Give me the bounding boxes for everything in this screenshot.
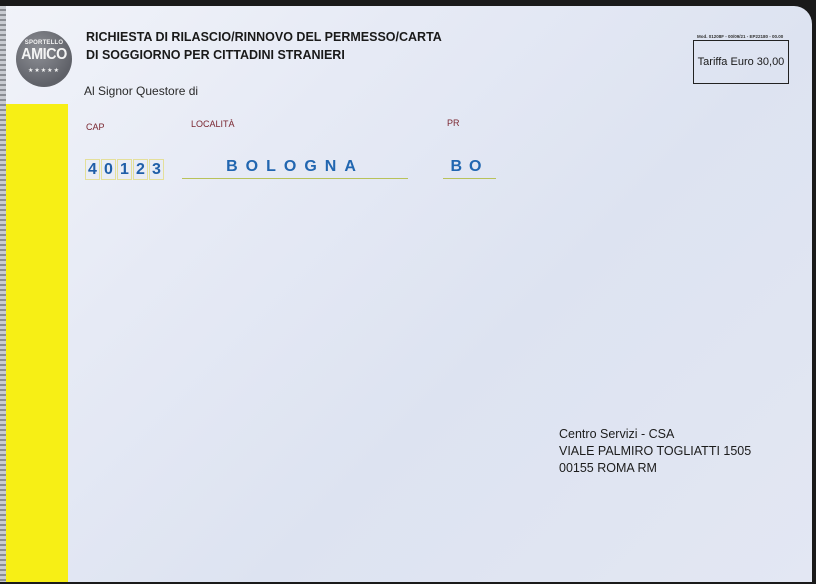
address-line-1: Centro Servizi - CSA: [559, 426, 751, 443]
stars-icon: ★★★★★: [16, 67, 72, 74]
cap-digit-box[interactable]: 2: [133, 159, 148, 180]
address-line-3: 00155 ROMA RM: [559, 460, 751, 477]
locality-label: LOCALITÀ: [191, 119, 235, 129]
cap-digit-box[interactable]: 3: [149, 159, 164, 180]
form-title: RICHIESTA DI RILASCIO/RINNOVO DEL PERMES…: [86, 28, 442, 64]
title-line-2: DI SOGGIORNO PER CITTADINI STRANIERI: [86, 46, 442, 64]
title-line-1: RICHIESTA DI RILASCIO/RINNOVO DEL PERMES…: [86, 28, 442, 46]
tariff-text: Tariffa Euro 30,00: [698, 56, 785, 68]
destination-address: Centro Servizi - CSA VIALE PALMIRO TOGLI…: [559, 426, 751, 477]
province-field[interactable]: BO: [443, 156, 496, 179]
cap-digit-box[interactable]: 1: [117, 159, 132, 180]
module-code: Mod. 01208F - 00/09/21 - EP22180 - 00.00: [697, 34, 783, 39]
cap-field[interactable]: 4 0 1 2 3: [85, 159, 165, 180]
yellow-stripe: [6, 104, 68, 582]
sportello-amico-logo: SPORTELLO AMICO ★★★★★: [16, 31, 72, 87]
logo-main-text: AMICO: [19, 46, 69, 64]
cap-digit-box[interactable]: 0: [101, 159, 116, 180]
tariff-box: Tariffa Euro 30,00: [693, 40, 789, 84]
envelope: SPORTELLO AMICO ★★★★★ RICHIESTA DI RILAS…: [0, 6, 812, 582]
cap-label: CAP: [86, 122, 105, 132]
salutation: Al Signor Questore di: [84, 84, 198, 98]
address-line-2: VIALE PALMIRO TOGLIATTI 1505: [559, 443, 751, 460]
cap-digit-box[interactable]: 4: [85, 159, 100, 180]
province-label: PR: [447, 118, 460, 128]
locality-field[interactable]: BOLOGNA: [182, 156, 408, 179]
